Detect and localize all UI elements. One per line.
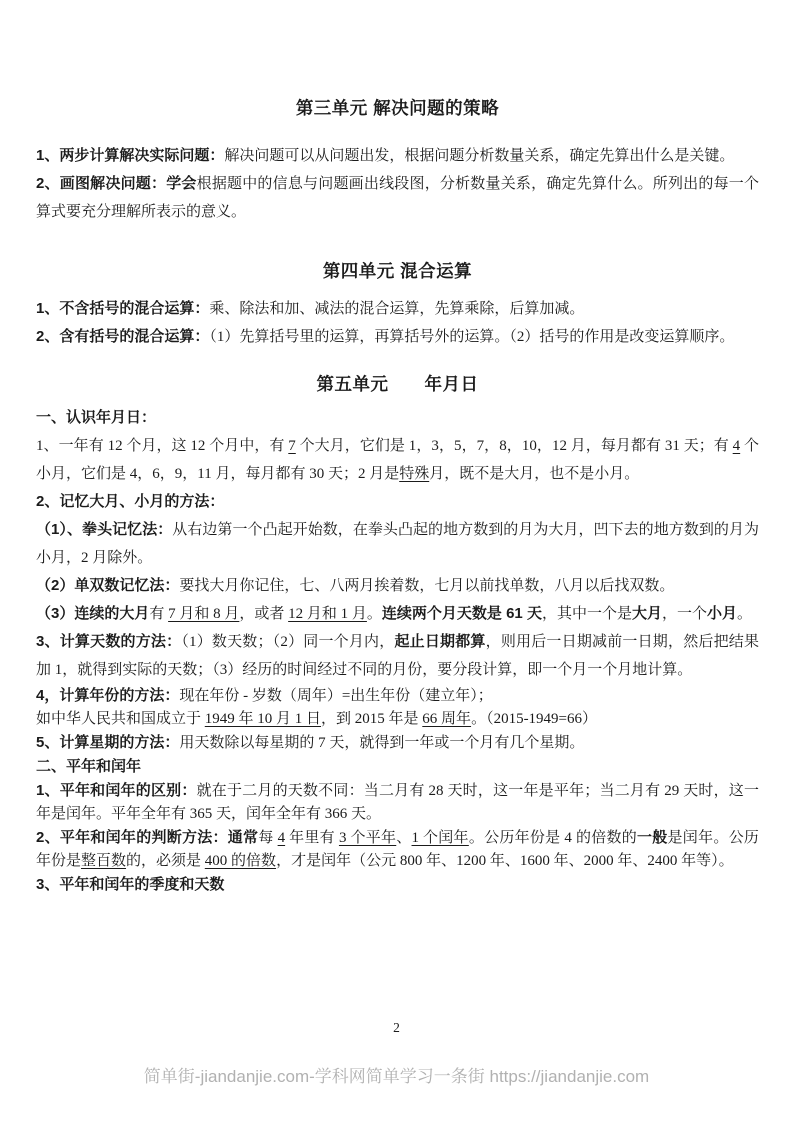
text-run: 5、计算星期的方法： [36, 734, 179, 751]
text-run: 2、记忆大月、小月的方法： [36, 493, 224, 510]
text-run: ，才是闰年（公元 800 年、1200 年、1600 年、2000 年、2400… [276, 853, 734, 869]
text-run: 一、认识年月日： [36, 409, 156, 426]
paragraph: 2、画图解决问题：学会根据题中的信息与问题画出线段图，分析数量关系，确定先算什么… [36, 170, 759, 226]
text-run: 1、不含括号的混合运算： [36, 300, 209, 317]
section-body: 一、认识年月日：1、一年有 12 个月，这 12 个月中，有 7 个大月，它们是… [36, 404, 759, 897]
text-run: 。公历年份是 4 的倍数的 [469, 830, 637, 846]
text-run: 起止日期都算 [394, 633, 485, 650]
text-run: 用天数除以每星期的 7 天，就得到一年或一个月有几个星期。 [179, 735, 584, 751]
text-run: 400 的倍数 [205, 853, 276, 869]
text-run: 一般 [637, 829, 668, 846]
text-run: 有 [149, 606, 168, 622]
paragraph: 二、平年和闰年 [36, 755, 759, 779]
text-run: 2、平年和闰年的判断方法：通常 [36, 829, 258, 846]
section-body: 1、两步计算解决实际问题：解决问题可以从问题出发，根据问题分析数量关系，确定先算… [36, 142, 759, 226]
text-run: 乘、除法和加、减法的混合运算，先算乘除，后算加减。 [209, 301, 584, 317]
paragraph: （3）连续的大月有 7 月和 8 月，或者 12 月和 1 月。连续两个月天数是… [36, 600, 759, 628]
text-run: 连续两个月天数是 61 天 [382, 605, 542, 622]
text-run: 大月 [632, 605, 662, 622]
text-run: 。（2015-1949=66） [471, 711, 597, 727]
text-run: 2、含有括号的混合运算： [36, 328, 209, 345]
text-run: （3）连续的大月 [36, 605, 149, 622]
text-run: 。 [737, 606, 752, 622]
text-run: 个大月，它们是 1，3，5，7，8，10，12 月，每月都有 31 天；有 [296, 438, 733, 454]
text-run: ，或者 [239, 606, 288, 622]
text-run: 1、平年和闰年的区别： [36, 782, 197, 799]
section-body: 1、不含括号的混合运算：乘、除法和加、减法的混合运算，先算乘除，后算加减。2、含… [36, 295, 759, 351]
text-run: 3、平年和闰年的季度和天数 [36, 876, 224, 893]
text-run: （1）数天数；（2）同一个月内， [181, 634, 394, 650]
text-run: ，其中一个是 [542, 606, 632, 622]
paragraph: 2、记忆大月、小月的方法： [36, 488, 759, 516]
section-unit-4: 第四单元 混合运算 1、不含括号的混合运算：乘、除法和加、减法的混合运算，先算乘… [36, 258, 759, 351]
section-title: 第三单元 解决问题的策略 [36, 95, 759, 120]
paragraph: 3、计算天数的方法：（1）数天数；（2）同一个月内，起止日期都算，则用后一日期减… [36, 628, 759, 684]
text-run: ，一个 [662, 606, 707, 622]
section-title: 第五单元 年月日 [36, 371, 759, 396]
paragraph: 1、平年和闰年的区别：就在于二月的天数不同：当二月有 28 天时，这一年是平年；… [36, 779, 759, 826]
watermark: 简单街-jiandanjie.com-学科网简单学习一条街 https://ji… [0, 1062, 793, 1087]
paragraph: 4，计算年份的方法：现在年份 - 岁数（周年）=出生年份（建立年）； [36, 684, 759, 708]
text-run: 66 周年 [422, 711, 471, 727]
text-run: 1 个闰年 [412, 830, 469, 846]
text-run: 月，既不是大月，也不是小月。 [429, 466, 639, 482]
page-number: 2 [0, 1020, 793, 1036]
text-run: 二、平年和闰年 [36, 758, 141, 775]
text-run: 解决问题可以从问题出发，根据问题分析数量关系，确定先算出什么是关键。 [224, 148, 734, 164]
paragraph: 2、平年和闰年的判断方法：通常每 4 年里有 3 个平年、1 个闰年。公历年份是… [36, 826, 759, 873]
text-run: 小月 [707, 605, 737, 622]
text-run: 3 个平年 [339, 830, 396, 846]
text-run: 12 月和 1 月 [288, 606, 367, 622]
paragraph: （1）、拳头记忆法：从右边第一个凸起开始数，在拳头凸起的地方数到的月为大月，凹下… [36, 516, 759, 572]
section-unit-5: 第五单元 年月日 一、认识年月日：1、一年有 12 个月，这 12 个月中，有 … [36, 371, 759, 897]
paragraph: 一、认识年月日： [36, 404, 759, 432]
text-run: 1、两步计算解决实际问题： [36, 147, 224, 164]
text-run: （1）先算括号里的运算，再算括号外的运算。（2）括号的作用是改变运算顺序。 [209, 329, 734, 345]
text-run: 、 [396, 830, 411, 846]
text-run: （1）、拳头记忆法： [36, 521, 172, 538]
paragraph: 如中华人民共和国成立于 1949 年 10 月 1 日，到 2015 年是 66… [36, 708, 759, 731]
paragraph: 2、含有括号的混合运算：（1）先算括号里的运算，再算括号外的运算。（2）括号的作… [36, 323, 759, 351]
paragraph: 3、平年和闰年的季度和天数 [36, 873, 759, 897]
text-run: 每 [258, 830, 277, 846]
text-run: 的，必须是 [126, 853, 205, 869]
text-run: 2、画图解决问题：学会 [36, 175, 197, 192]
paragraph: 1、不含括号的混合运算：乘、除法和加、减法的混合运算，先算乘除，后算加减。 [36, 295, 759, 323]
text-run: 4，计算年份的方法： [36, 687, 179, 704]
paragraph: 1、一年有 12 个月，这 12 个月中，有 7 个大月，它们是 1，3，5，7… [36, 432, 759, 488]
text-run: 1949 年 10 月 1 日 [205, 711, 321, 727]
text-run: 整百数 [81, 853, 126, 869]
section-title: 第四单元 混合运算 [36, 258, 759, 283]
text-run: ，到 2015 年是 [321, 711, 422, 727]
text-run: （2）单双数记忆法： [36, 577, 179, 594]
paragraph: 5、计算星期的方法：用天数除以每星期的 7 天，就得到一年或一个月有几个星期。 [36, 731, 759, 755]
document-page: 第三单元 解决问题的策略 1、两步计算解决实际问题：解决问题可以从问题出发，根据… [0, 0, 793, 1122]
text-run: 7 [288, 438, 296, 454]
text-run: 4 [278, 830, 286, 846]
paragraph: 1、两步计算解决实际问题：解决问题可以从问题出发，根据问题分析数量关系，确定先算… [36, 142, 759, 170]
text-run: 要找大月你记住，七、八两月挨着数，七月以前找单数，八月以后找双数。 [179, 578, 674, 594]
text-run: 现在年份 - 岁数（周年）=出生年份（建立年）； [179, 688, 492, 704]
text-run: 。 [367, 606, 382, 622]
text-run: 3、计算天数的方法： [36, 633, 181, 650]
text-run: 1、一年有 12 个月，这 12 个月中，有 [36, 438, 288, 454]
paragraph: （2）单双数记忆法：要找大月你记住，七、八两月挨着数，七月以前找单数，八月以后找… [36, 572, 759, 600]
text-run: 特殊 [399, 466, 429, 482]
text-run: 年里有 [285, 830, 339, 846]
text-run: 如中华人民共和国成立于 [36, 711, 205, 727]
section-unit-3: 第三单元 解决问题的策略 1、两步计算解决实际问题：解决问题可以从问题出发，根据… [36, 95, 759, 226]
text-run: 7 月和 8 月 [168, 606, 239, 622]
